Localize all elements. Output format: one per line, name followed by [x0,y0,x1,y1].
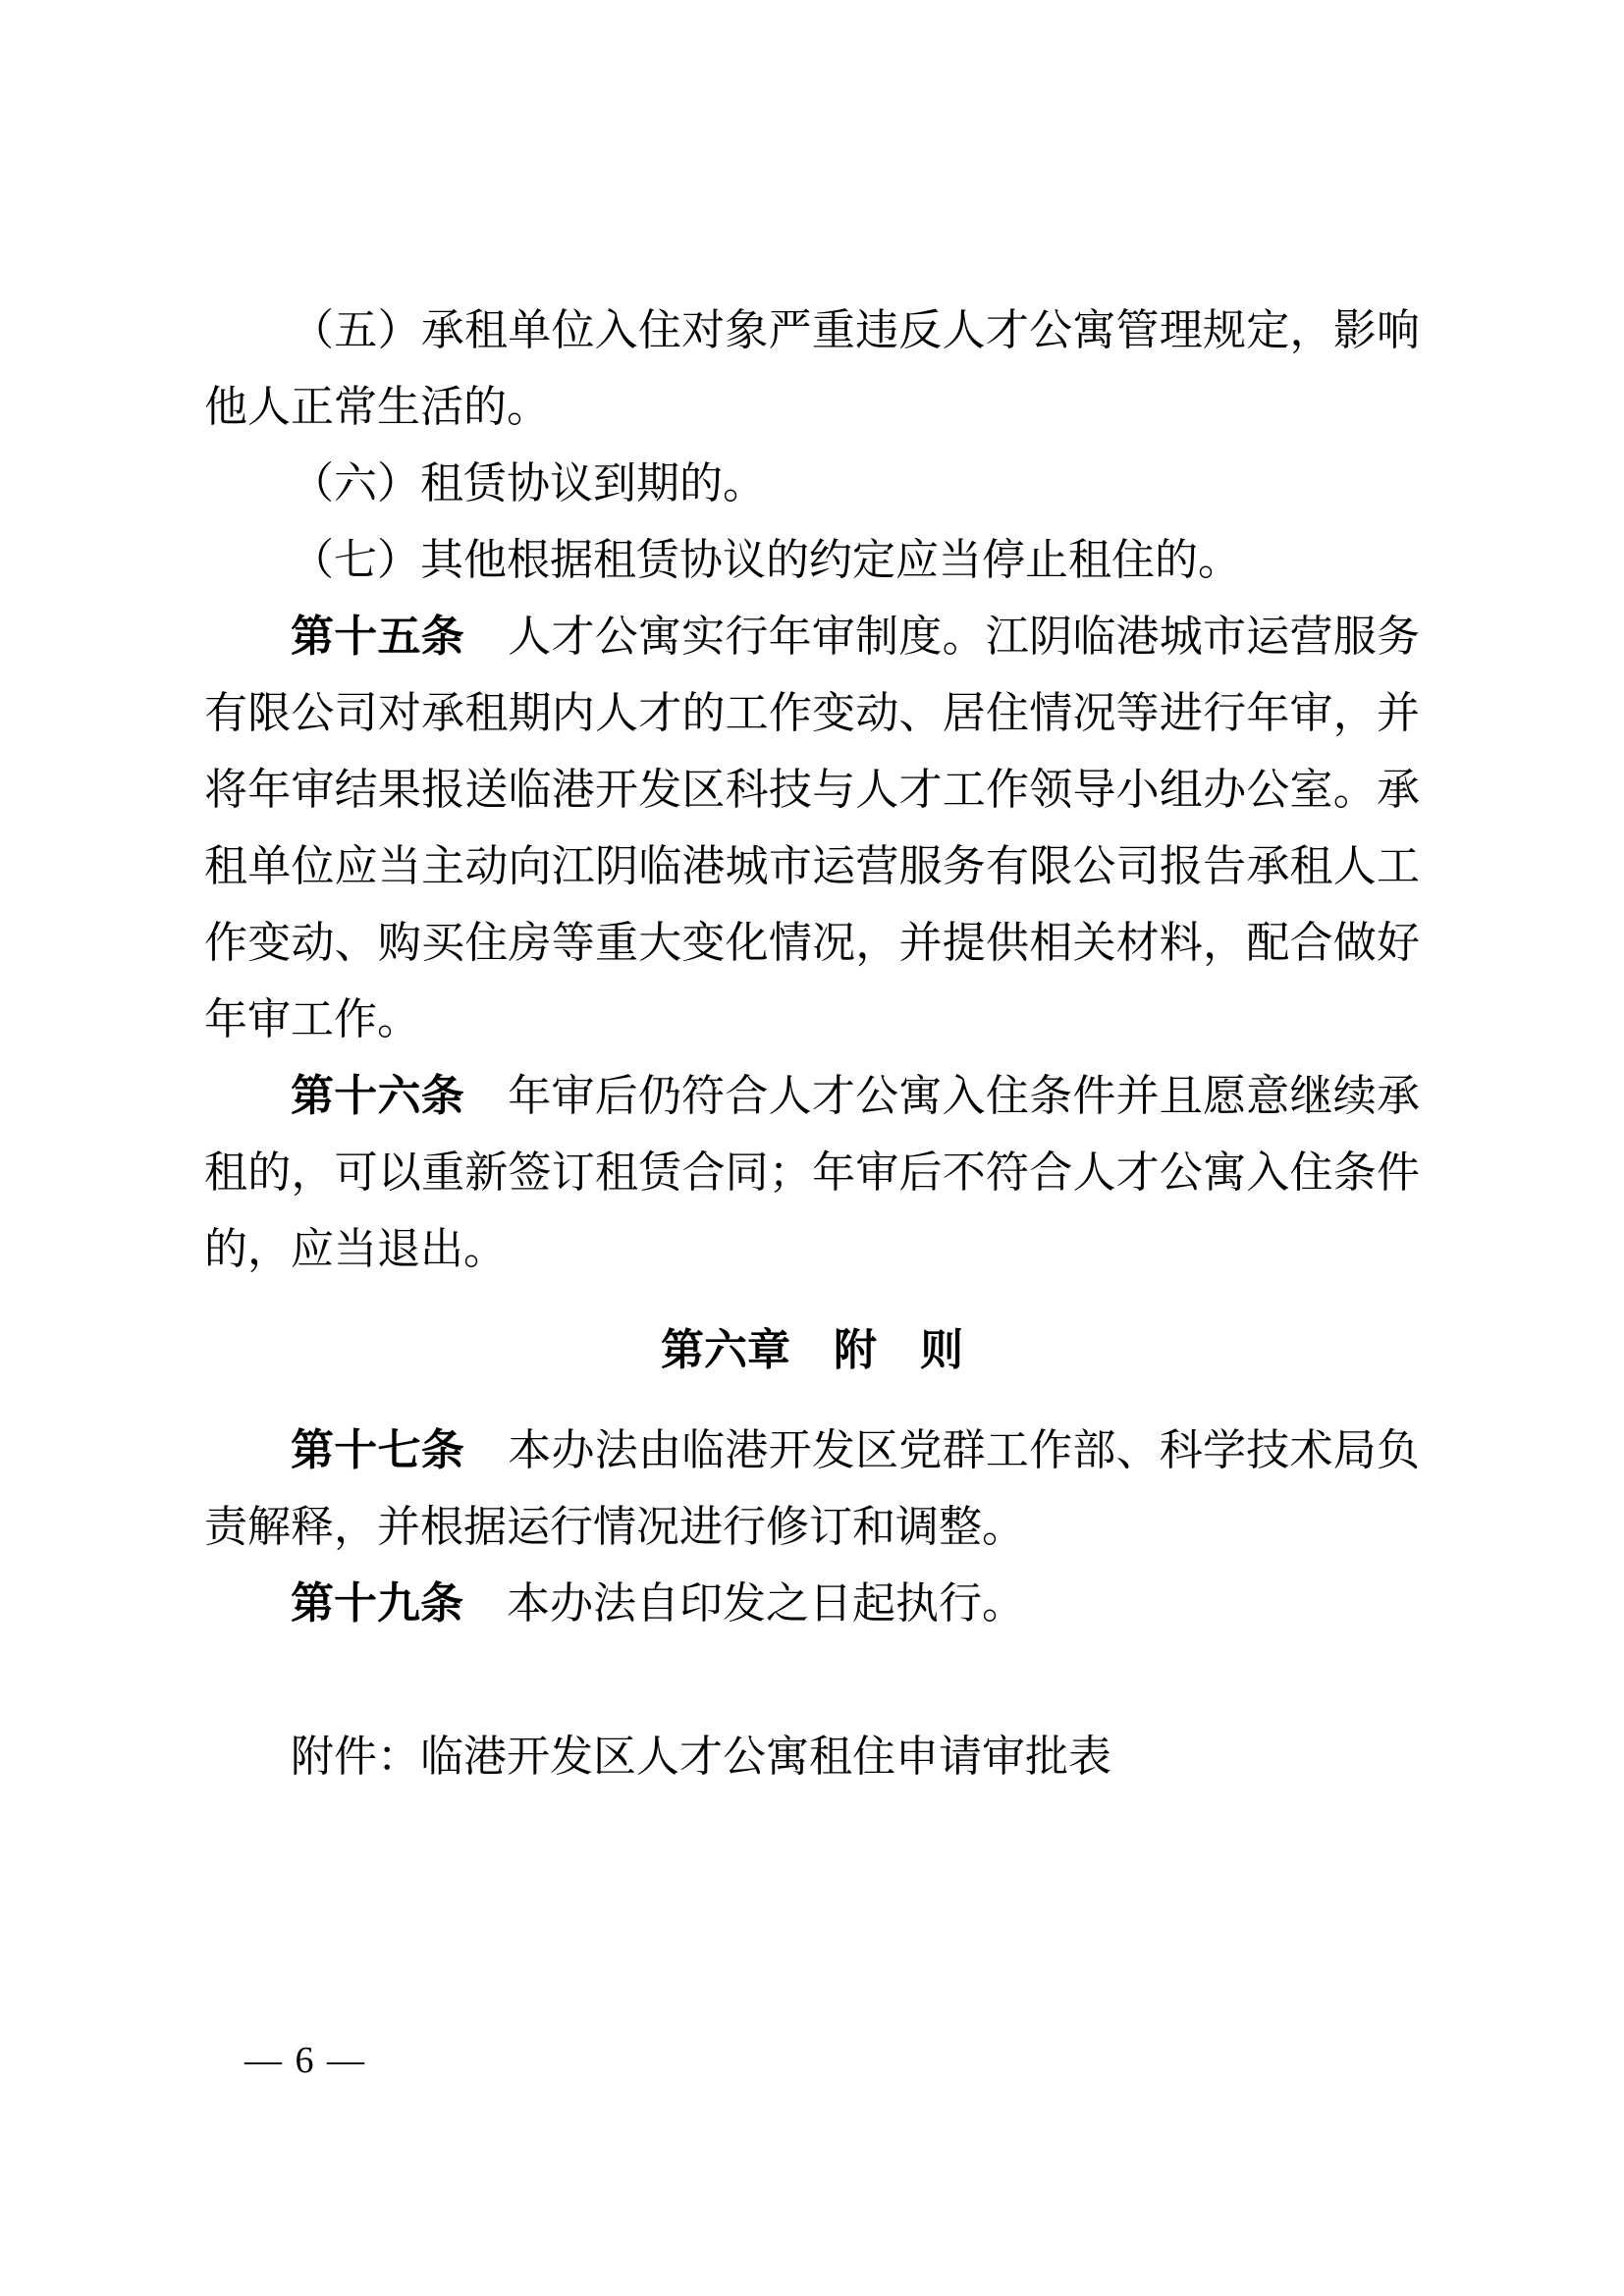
article-number: 第十七条 [291,1426,464,1474]
article-number: 第十六条 [291,1072,464,1120]
paragraph-article-17: 第十七条 本办法由临港开发区党群工作部、科学技术局负责解释，并根据运行情况进行修… [204,1413,1420,1566]
article-number: 第十五条 [291,613,464,661]
chapter-heading: 第六章 附 则 [204,1312,1420,1389]
document-page: （五）承租单位入住对象严重违反人才公寓管理规定，影响他人正常生活的。 （六）租赁… [0,0,1624,2296]
attachment-line: 附件：临港开发区人才公寓租住申请审批表 [204,1719,1420,1795]
paragraph-text: 人才公寓实行年审制度。江阴临港城市运营服务有限公司对承租期内人才的工作变动、居住… [204,613,1420,1043]
paragraph-article-16: 第十六条 年审后仍符合人才公寓入住条件并且愿意继续承租的，可以重新签订租赁合同；… [204,1058,1420,1288]
document-body: （五）承租单位入住对象严重违反人才公寓管理规定，影响他人正常生活的。 （六）租赁… [204,293,1420,1795]
paragraph-article-15: 第十五条 人才公寓实行年审制度。江阴临港城市运营服务有限公司对承租期内人才的工作… [204,599,1420,1058]
paragraph-article-19: 第十九条 本办法自印发之日起执行。 [204,1566,1420,1642]
paragraph-text: 附件：临港开发区人才公寓租住申请审批表 [291,1733,1111,1781]
article-number: 第十九条 [291,1579,463,1628]
page-number-text: — 6 — [244,2040,366,2081]
paragraph-clause-5: （五）承租单位入住对象严重违反人才公寓管理规定，影响他人正常生活的。 [204,293,1420,446]
paragraph-clause-7: （七）其他根据租赁协议的约定应当停止租住的。 [204,522,1420,599]
paragraph-text: （七）其他根据租赁协议的约定应当停止租住的。 [291,536,1241,584]
paragraph-text: 本办法自印发之日起执行。 [463,1579,1025,1628]
paragraph-clause-6: （六）租赁协议到期的。 [204,446,1420,522]
paragraph-text: （五）承租单位入住对象严重违反人才公寓管理规定，影响他人正常生活的。 [204,306,1420,431]
page-number: — 6 — [244,2041,366,2080]
paragraph-text: （六）租赁协议到期的。 [291,459,766,507]
